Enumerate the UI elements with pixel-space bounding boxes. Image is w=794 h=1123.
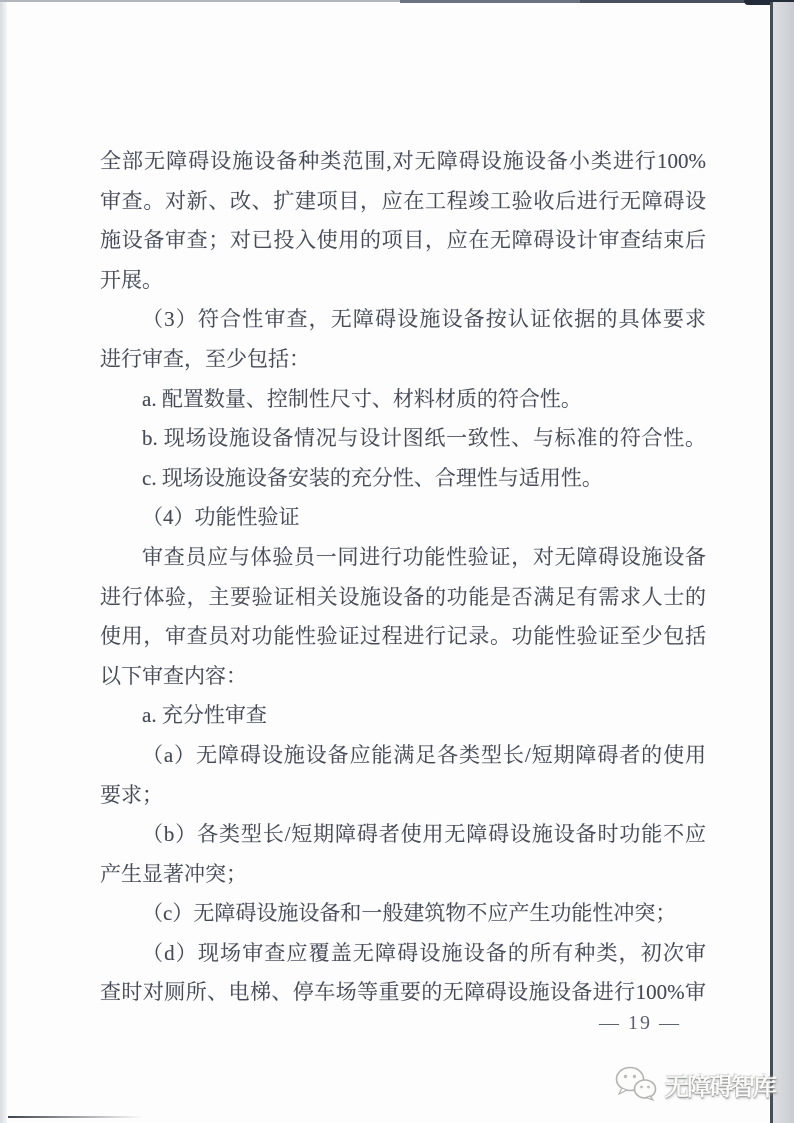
text-line: 查时对厕所、电梯、停车场等重要的无障碍设施设备进行100%审 xyxy=(100,973,706,1013)
document-body: 全部无障碍设施设备种类范围,对无障碍设施设备小类进行100% 审查。对新、改、扩… xyxy=(100,142,706,1013)
brand-watermark: 无障碍智库 xyxy=(614,1066,775,1102)
scan-edge-right-line xyxy=(770,2,773,1123)
text-line: 以下审查内容： xyxy=(100,657,706,697)
text-line: c. 现场设施设备安装的充分性、合理性与适用性。 xyxy=(100,459,706,499)
scan-edge-right-strip xyxy=(773,2,794,1123)
text-line: 审查。对新、改、扩建项目，应在工程竣工验收后进行无障碍设 xyxy=(100,182,706,222)
text-line: 使用，审查员对功能性验证过程进行记录。功能性验证至少包括 xyxy=(100,617,706,657)
text-line: （d）现场审查应覆盖无障碍设施设备的所有种类，初次审 xyxy=(100,934,706,974)
text-line: （c）无障碍设施设备和一般建筑物不应产生功能性冲突； xyxy=(100,894,706,934)
wechat-bubbles-icon xyxy=(614,1066,658,1102)
text-line: （4）功能性验证 xyxy=(100,498,706,538)
text-line: 进行审查，至少包括： xyxy=(100,340,706,380)
page-number: — 19 — xyxy=(560,1012,720,1035)
brand-name: 无障碍智库 xyxy=(665,1067,775,1102)
text-line: 进行体验，主要验证相关设施设备的功能是否满足有需求人士的 xyxy=(100,578,706,618)
text-line: （3）符合性审查，无障碍设施设备按认证依据的具体要求 xyxy=(100,300,706,340)
text-line: 开展。 xyxy=(100,261,706,301)
text-line: a. 配置数量、控制性尺寸、材料材质的符合性。 xyxy=(100,380,706,420)
scan-edge-left xyxy=(0,0,7,1123)
text-line: 施设备审查；对已投入使用的项目，应在无障碍设计审查结束后 xyxy=(100,221,706,261)
text-line: 全部无障碍设施设备种类范围,对无障碍设施设备小类进行100% xyxy=(100,142,706,182)
text-line: 产生显著冲突； xyxy=(100,855,706,895)
text-line: a. 充分性审查 xyxy=(100,696,706,736)
text-line: b. 现场设施设备情况与设计图纸一致性、与标准的符合性。 xyxy=(100,419,706,459)
scan-edge-bottom-mark xyxy=(8,1116,143,1118)
text-line: 要求； xyxy=(100,776,706,816)
text-line: 审查员应与体验员一同进行功能性验证，对无障碍设施设备 xyxy=(100,538,706,578)
scanned-document-page: 全部无障碍设施设备种类范围,对无障碍设施设备小类进行100% 审查。对新、改、扩… xyxy=(0,0,794,1123)
text-line: （b）各类型长/短期障碍者使用无障碍设施设备时功能不应 xyxy=(100,815,706,855)
text-line: （a）无障碍设施设备应能满足各类型长/短期障碍者的使用 xyxy=(100,736,706,776)
